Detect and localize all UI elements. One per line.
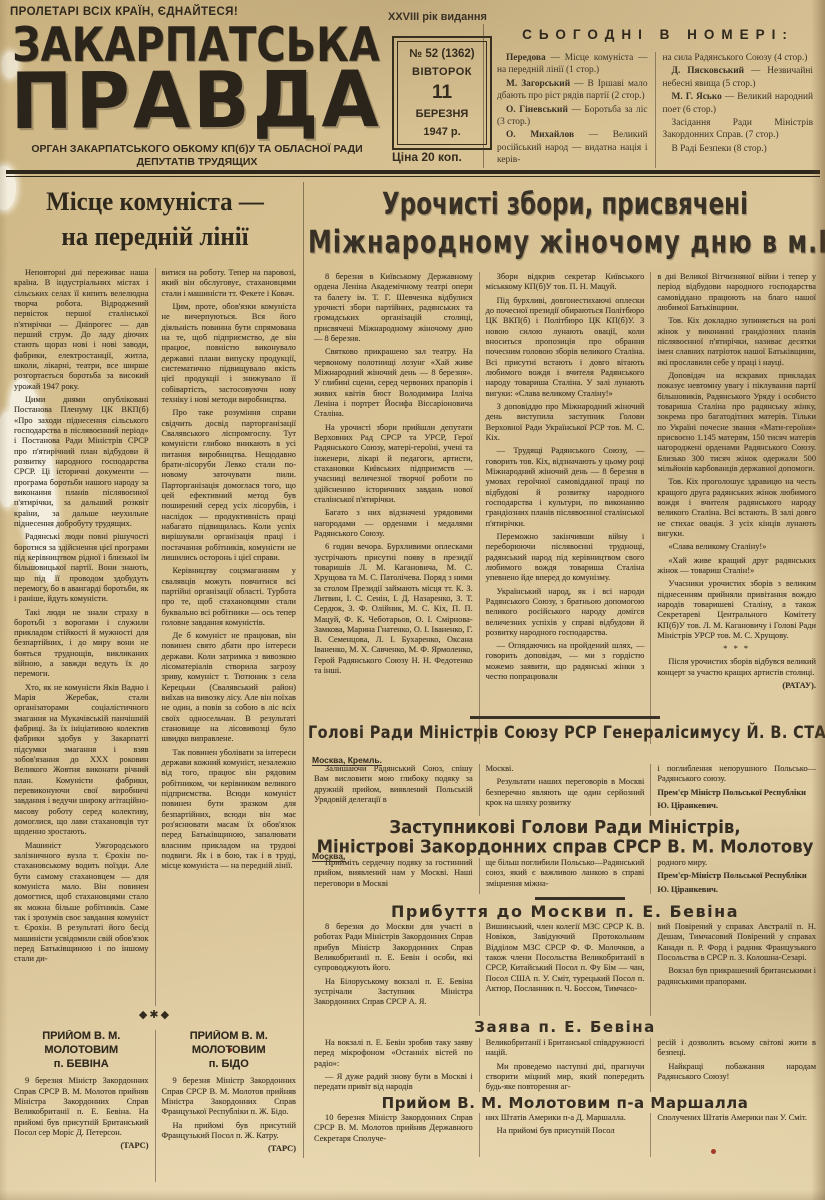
toc-item: О. Михайлов — Великий російський народ —… xyxy=(497,129,648,166)
price-label: Ціна 20 коп. xyxy=(392,150,462,164)
headline-line1: Заступникові Голови Ради Міністрів, xyxy=(308,818,822,838)
paragraph: Вишинський, член колегії МЗС СРСР К. В. … xyxy=(486,922,645,994)
title-line1: ПРИЙОМ В. М. МОЛОТОВИМ xyxy=(190,1030,268,1056)
editorial-title-line2: на передній лінії xyxy=(8,220,302,254)
paragraph: Тов. Кіх докладно зупиняється на ролі жі… xyxy=(657,316,816,368)
editorial-col1: Неповторні дні переживає наша країна. В … xyxy=(8,268,155,1006)
toc-text: на сила Радянського Союзу (4 стор.) xyxy=(663,53,808,63)
reception-bidault-title: ПРИЙОМ В. М. МОЛОТОВИМ п. БІДО xyxy=(162,1030,297,1071)
paragraph: Ми проведемо наступні дні, прагнучи ство… xyxy=(486,1062,645,1092)
paragraph: і поглиблення непорушного Польсько—Радян… xyxy=(657,764,816,785)
issue-number: № 52 (1362) xyxy=(398,48,486,60)
newspaper-page: ПРОЛЕТАРІ ВСІХ КРАЇН, ЄДНАЙТЕСЯ! XXVIII … xyxy=(0,0,825,1200)
signature: Прем'єр Міністр Польської Республіки xyxy=(657,788,816,798)
paragraph: Результати наших переговорів в Москві бе… xyxy=(486,777,645,808)
toc-item: Д. Пясковський — Незвичайні небесні явищ… xyxy=(663,65,814,90)
toc-item: Засідання Ради Міністрів Закордонних Спр… xyxy=(663,117,814,142)
paragraph: Москві. xyxy=(486,764,645,774)
paragraph: На урочисті збори прийшли депутати Верхо… xyxy=(314,423,473,506)
main-col1: 8 березня в Київському Державному ордена… xyxy=(308,272,479,744)
paragraph: Після урочистих зборів відбувся великий … xyxy=(657,657,816,678)
paragraph: Цим, проте, обов'язки комуніста не вичер… xyxy=(162,302,297,405)
organ-subtitle: ОРГАН ЗАКАРПАТСЬКОГО ОБКОМУ КП(б)У ТА ОБ… xyxy=(8,143,386,168)
reception-bevin: ПРИЙОМ В. М. МОЛОТОВИМ п. БЕВІНА 9 берез… xyxy=(8,1030,155,1182)
toc-column-left: Передова — Місце комуніста — на передній… xyxy=(490,52,656,168)
paragraph: 6 годин вечора. Бурхливими оплесками зус… xyxy=(314,542,473,676)
paragraph: Про таке розуміння справи свідчить досві… xyxy=(162,408,297,563)
receptions-left: ПРИЙОМ В. М. МОЛОТОВИМ п. БЕВІНА 9 берез… xyxy=(8,1030,302,1182)
paragraph: 9 березня Міністр Закордонних Справ СРСР… xyxy=(14,1076,149,1138)
toc-author: Передова xyxy=(506,53,546,63)
paragraph: Святково прикрашено зал театру. На черво… xyxy=(314,347,473,419)
paragraph: Сполучених Штатів Америки пан У. Сміт. xyxy=(657,1113,816,1123)
edition-year: XXVIII рік видання xyxy=(388,11,487,23)
toc-item: В Раді Безпеки (8 стор.) xyxy=(663,143,814,155)
main-headline-line2: Міжнародному жіночому дню в м.Києві xyxy=(308,224,825,260)
toc-item: М. Г. Ясько — Великий народний поет (6 с… xyxy=(663,91,814,116)
signature: Ю. Ціранкевич. xyxy=(657,801,816,811)
paragraph: витися на роботу. Тепер на паровозі, яки… xyxy=(162,268,297,299)
newspaper-title-line2: ПРАВДА xyxy=(8,61,384,141)
paragraph: Залишаючи Радянський Союз, спішу Вам вис… xyxy=(314,764,473,805)
paragraph: ресій і дозволить всьому світові жити в … xyxy=(657,1038,816,1059)
toc-column-right: на сила Радянського Союзу (4 стор.) Д. П… xyxy=(656,52,821,168)
stalin-telegram-headline: Голові Ради Міністрів Союзу РСР Генералі… xyxy=(308,724,822,742)
paragraph: Учасники урочистих зборів з великим підн… xyxy=(657,579,816,641)
paragraph: Цими днями опубліковані Постанова Пленум… xyxy=(14,395,149,529)
paragraph: 8 березня до Москви для участі в роботах… xyxy=(314,922,473,974)
section-rule xyxy=(535,897,625,900)
paragraph: Машиніст Ужгородського залізничного вузл… xyxy=(14,841,149,965)
paragraph: 9 березня Міністр Закордонних Справ СРСР… xyxy=(162,1076,297,1117)
signature: Прем'єр-Міністр Польської Республіки xyxy=(657,871,816,881)
paragraph: Багато з них відзначені урядовими нагоро… xyxy=(314,508,473,539)
toc-item: Передова — Місце комуніста — на передній… xyxy=(497,52,648,77)
paragraph: Прийміть сердечну подяку за гостинний пр… xyxy=(314,858,473,889)
star-separator: * * * xyxy=(657,644,816,654)
editorial-title: Місце комуніста — на передній лінії xyxy=(8,186,302,254)
paragraph: Великобританії і Британської співдружнос… xyxy=(486,1038,645,1059)
paragraph: вий Повірений у справах Австралії п. Н. … xyxy=(657,922,816,963)
reception-bevin-title: ПРИЙОМ В. М. МОЛОТОВИМ п. БЕВІНА xyxy=(14,1030,149,1071)
toc-author: М. Г. Ясько xyxy=(672,92,722,102)
toc-text: В Раді Безпеки (8 стор.) xyxy=(672,144,767,154)
title-line2: п. БІДО xyxy=(209,1058,249,1070)
toc-item: М. Загорський — В Іршаві мало дбають про… xyxy=(497,78,648,103)
editorial-body: Неповторні дні переживає наша країна. В … xyxy=(8,268,302,1006)
toc-author: М. Загорський xyxy=(506,79,570,89)
paragraph: «Хай живе кращий друг радянських жінок —… xyxy=(657,556,816,577)
bevin-arrival-headline: Прибуття до Москви п. Е. Бевіна xyxy=(308,902,822,921)
toc-author: О. Михайлов xyxy=(506,130,574,140)
stalin-telegram-body: Залишаючи Радянський Союз, спішу Вам вис… xyxy=(308,764,822,816)
signature: Ю. Ціранкевич. xyxy=(657,885,816,894)
marshall-col1: 10 березня Міністр Закордонних Справ СРС… xyxy=(308,1113,479,1157)
paragraph: 10 березня Міністр Закордонних Справ СРС… xyxy=(314,1113,473,1144)
bevin-col3: вий Повірений у справах Австралії п. Н. … xyxy=(650,922,822,1016)
issue-date-inner: № 52 (1362) ВІВТОРОК 11 БЕРЕЗНЯ 1947 р. xyxy=(397,41,487,145)
paragraph: — Трудящі Радянського Союзу, — говорить … xyxy=(486,446,645,529)
editorial-col2: витися на роботу. Тепер на паровозі, яки… xyxy=(155,268,303,1006)
stalin-col3: і поглиблення непорушного Польсько—Радян… xyxy=(650,764,822,816)
issue-date-box: № 52 (1362) ВІВТОРОК 11 БЕРЕЗНЯ 1947 р. xyxy=(392,36,492,150)
main-headline: Урочисті збори, присвячені Міжнародному … xyxy=(308,188,822,252)
issue-year: 1947 р. xyxy=(398,126,486,138)
bevin-statement-headline: Заява п. Е. Бевіна xyxy=(308,1018,822,1036)
bevin-col2: Вишинський, член колегії МЗС СРСР К. В. … xyxy=(479,922,651,1016)
title-line2: п. БЕВІНА xyxy=(54,1058,109,1070)
section-ornament: ◆✱◆ xyxy=(8,1008,302,1021)
paragraph: Український народ, як і всі народи Радян… xyxy=(486,587,645,639)
marshall-col3: Сполучених Штатів Америки пан У. Сміт. xyxy=(650,1113,822,1157)
paragraph: На вокзалі п. Е. Бевін зробив таку заяву… xyxy=(314,1038,473,1069)
molotov-telegram-headline: Заступникові Голови Ради Міністрів, Міні… xyxy=(308,818,822,858)
paragraph: них Штатів Америки п-а Д. Маршалла. xyxy=(486,1113,645,1123)
paragraph: Доповідач на яскравих прикладах показує … xyxy=(657,371,816,474)
proletarians-slogan: ПРОЛЕТАРІ ВСІХ КРАЇН, ЄДНАЙТЕСЯ! xyxy=(10,6,238,18)
statement-col2: Великобританії і Британської співдружнос… xyxy=(479,1038,651,1092)
issue-day: 11 xyxy=(398,84,486,101)
source-tag: (ТАРС) xyxy=(162,1144,297,1154)
toc-left-divider xyxy=(483,24,484,168)
paragraph: На прийомі був присутній Посол xyxy=(486,1126,645,1136)
molotov-col2: ще більш поглибили Польсько—Радянський с… xyxy=(479,858,651,894)
molotov-col3: родного миру. Прем'єр-Міністр Польської … xyxy=(650,858,822,894)
main-headline-line1: Урочисті збори, присвячені xyxy=(382,188,748,222)
paragraph: Так повинен уболівати за інтереси держав… xyxy=(162,748,297,872)
molotov-col1: Прийміть сердечну подяку за гостинний пр… xyxy=(308,858,479,894)
organ-line1: ОРГАН ЗАКАРПАТСЬКОГО ОБКОМУ КП(б)У ТА ОБ… xyxy=(8,143,386,156)
paragraph: Під бурхливі, довгонестихаючі оплески до… xyxy=(486,296,645,399)
stalin-col2: Москві. Результати наших переговорів в М… xyxy=(479,764,651,816)
section-rule xyxy=(470,716,660,719)
main-column-divider xyxy=(303,182,304,1158)
bevin-arrival-body: 8 березня до Москви для участі в роботах… xyxy=(308,922,822,1016)
toc: Передова — Місце комуніста — на передній… xyxy=(490,52,820,168)
masthead-rule xyxy=(6,170,820,177)
paragraph: Вокзал був прикрашений британськими і ра… xyxy=(657,966,816,987)
paragraph: На прийомі був присутній Французький Пос… xyxy=(162,1121,297,1142)
toc-text: Засідання Ради Міністрів Закордонних Спр… xyxy=(663,118,814,140)
paragraph: в дні Великої Вітчизняної війни і тепер … xyxy=(657,272,816,313)
paragraph: Керівництву соцзмаганням у свалявців мож… xyxy=(162,566,297,628)
organ-line2: ДЕПУТАТІВ ТРУДЯЩИХ xyxy=(8,156,386,169)
paragraph: Де б комуніст не працював, він повинен с… xyxy=(162,631,297,745)
paragraph: родного миру. xyxy=(657,858,816,868)
source-tag: (ТАРС) xyxy=(14,1141,149,1151)
bevin-statement-body: На вокзалі п. Е. Бевін зробив таку заяву… xyxy=(308,1038,822,1092)
main-col3: в дні Великої Вітчизняної війни і тепер … xyxy=(650,272,822,744)
paragraph: Радянські люди повні рішучості боротися … xyxy=(14,532,149,604)
paragraph: 8 березня в Київському Державному ордена… xyxy=(314,272,473,344)
stalin-col1: Залишаючи Радянський Союз, спішу Вам вис… xyxy=(308,764,479,816)
main-col2: Збори відкрив секретар Київського міськк… xyxy=(479,272,651,744)
paragraph: Неповторні дні переживає наша країна. В … xyxy=(14,268,149,392)
source-tag: (РАТАУ). xyxy=(657,681,816,691)
main-article-body: 8 березня в Київському Державному ордена… xyxy=(308,272,822,744)
toc-author: О. Гіневський xyxy=(506,105,568,115)
marshall-reception-headline: Прийом В. М. Молотовим п-а Маршалла xyxy=(308,1094,822,1112)
statement-col3: ресій і дозволить всьому світові жити в … xyxy=(650,1038,822,1092)
paragraph: Тов. Кіх проголошує здравицю на честь кр… xyxy=(657,477,816,539)
toc-author: Д. Пясковський xyxy=(672,66,745,76)
paragraph: Найкращі побажання народам Радянського С… xyxy=(657,1062,816,1083)
molotov-telegram-body: Прийміть сердечну подяку за гостинний пр… xyxy=(308,858,822,894)
reception-bidault: ПРИЙОМ В. М. МОЛОТОВИМ п. БІДО 9 березня… xyxy=(155,1030,303,1182)
paragraph: Збори відкрив секретар Київського міськк… xyxy=(486,272,645,293)
paragraph: З доповіддю про Міжнародний жіночий день… xyxy=(486,402,645,443)
title-line1: ПРИЙОМ В. М. МОЛОТОВИМ xyxy=(42,1030,120,1056)
toc-item: О. Гіневський — Боротьба за ліс (3 стор.… xyxy=(497,104,648,129)
paragraph: «Слава великому Сталіну!» xyxy=(657,542,816,552)
editorial-title-line1: Місце комуніста — xyxy=(8,186,302,220)
paragraph: — Оглядаючись на пройдений шлях, — говор… xyxy=(486,641,645,682)
issue-weekday: ВІВТОРОК xyxy=(398,66,486,78)
paragraph: Переможно закінчивши війну і переборюючи… xyxy=(486,532,645,584)
statement-col1: На вокзалі п. Е. Бевін зробив таку заяву… xyxy=(308,1038,479,1092)
marshall-col2: них Штатів Америки п-а Д. Маршалла. На п… xyxy=(479,1113,651,1157)
toc-title: СЬОГОДНІ В НОМЕРІ: xyxy=(496,27,820,42)
marshall-reception-body: 10 березня Міністр Закордонних Справ СРС… xyxy=(308,1113,822,1157)
paragraph: — Я дуже радий знову бути в Москві і пер… xyxy=(314,1072,473,1092)
paragraph: Такі люди не знали страху в боротьбі з в… xyxy=(14,608,149,680)
issue-month: БЕРЕЗНЯ xyxy=(398,108,486,120)
paragraph: На Білоруському вокзалі п. Е. Бевіна зус… xyxy=(314,977,473,1008)
toc-item: на сила Радянського Союзу (4 стор.) xyxy=(663,52,814,64)
bevin-col1: 8 березня до Москви для участі в роботах… xyxy=(308,922,479,1016)
paragraph: ще більш поглибили Польсько—Радянський с… xyxy=(486,858,645,889)
headline-line2: Міністрові Закордонних справ СРСР В. М. … xyxy=(308,838,822,858)
paragraph: Хто, як не комуністи Яків Вадно і Марія … xyxy=(14,683,149,838)
